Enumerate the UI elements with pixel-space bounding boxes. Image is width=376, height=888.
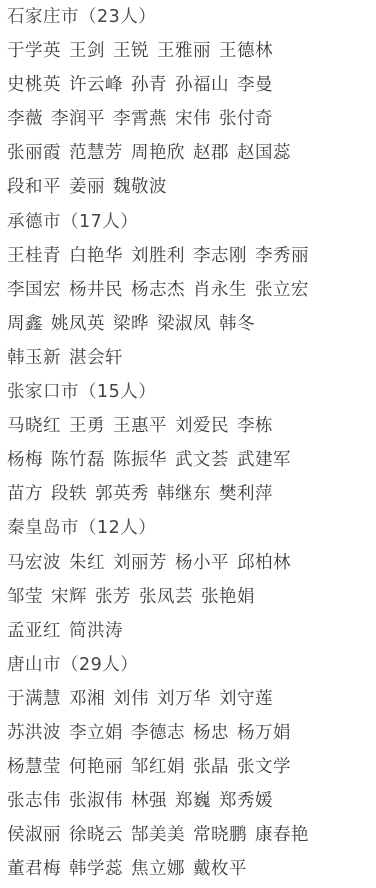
person-name: 王惠平 (113, 416, 167, 436)
person-name: 常晓鹏 (193, 825, 247, 845)
name-row: 马晓红王勇王惠平刘爱民李栋 (7, 409, 376, 443)
person-name: 杨万娟 (237, 723, 291, 743)
person-name: 杨井民 (69, 280, 123, 300)
name-row: 于满慧邓湘刘伟刘万华刘守莲 (7, 682, 376, 716)
person-name: 于满慧 (7, 689, 61, 709)
person-name: 武文荟 (175, 450, 229, 470)
name-list-document: 石家庄市（23人）于学英王剑王锐王雅丽王德林史桃英许云峰孙青孙福山李曼李薇李润平… (0, 0, 376, 886)
city-heading: 张家口市（15人） (7, 375, 376, 409)
person-name: 郜美美 (131, 825, 185, 845)
person-name: 陈竹磊 (51, 450, 105, 470)
person-name: 刘爱民 (175, 416, 229, 436)
person-name: 李秀丽 (255, 246, 309, 266)
city-heading: 承德市（17人） (7, 205, 376, 239)
person-name: 张志伟 (7, 791, 61, 811)
name-row: 苏洪波李立娟李德志杨忠杨万娟 (7, 716, 376, 750)
person-name: 杨忠 (193, 723, 229, 743)
person-name: 李德志 (131, 723, 185, 743)
person-name: 韩玉新 (7, 348, 61, 368)
person-name: 魏敬波 (113, 177, 167, 197)
person-name: 张淑伟 (69, 791, 123, 811)
city-heading: 唐山市（29人） (7, 648, 376, 682)
person-name: 李曼 (237, 75, 273, 95)
person-name: 郑秀媛 (219, 791, 273, 811)
name-row: 韩玉新湛会轩 (7, 341, 376, 375)
person-name: 张丽霞 (7, 143, 61, 163)
person-name: 于学英 (7, 41, 61, 61)
name-row: 史桃英许云峰孙青孙福山李曼 (7, 68, 376, 102)
person-name: 何艳丽 (69, 757, 123, 777)
person-name: 段轶 (51, 484, 87, 504)
person-name: 陈振华 (113, 450, 167, 470)
name-row: 董君梅韩学蕊焦立娜戴枚平 (7, 852, 376, 886)
person-name: 刘胜利 (131, 246, 185, 266)
person-name: 许云峰 (69, 75, 123, 95)
person-name: 韩冬 (219, 314, 255, 334)
person-name: 张艳娟 (201, 587, 255, 607)
person-name: 武建军 (237, 450, 291, 470)
person-name: 孙福山 (175, 75, 229, 95)
person-name: 李薇 (7, 109, 43, 129)
person-name: 林强 (131, 791, 167, 811)
name-row: 马宏波朱红刘丽芳杨小平邱柏林 (7, 546, 376, 580)
name-row: 苗方段轶郭英秀韩继东樊利萍 (7, 477, 376, 511)
person-name: 张芳 (95, 587, 131, 607)
person-name: 戴枚平 (193, 859, 247, 879)
city-heading: 石家庄市（23人） (7, 0, 376, 34)
person-name: 简洪涛 (69, 621, 123, 641)
name-row: 李国宏杨井民杨志杰肖永生张立宏 (7, 273, 376, 307)
name-row: 李薇李润平李霄燕宋伟张付奇 (7, 102, 376, 136)
person-name: 张文学 (237, 757, 291, 777)
person-name: 李立娟 (69, 723, 123, 743)
person-name: 张晶 (193, 757, 229, 777)
name-row: 侯淑丽徐晓云郜美美常晓鹏康春艳 (7, 818, 376, 852)
person-name: 邱柏林 (237, 553, 291, 573)
person-name: 姚凤英 (51, 314, 105, 334)
person-name: 史桃英 (7, 75, 61, 95)
person-name: 马晓红 (7, 416, 61, 436)
person-name: 张付奇 (219, 109, 273, 129)
person-name: 樊利萍 (219, 484, 273, 504)
person-name: 张立宏 (255, 280, 309, 300)
person-name: 梁淑凤 (157, 314, 211, 334)
person-name: 杨小平 (175, 553, 229, 573)
person-name: 刘伟 (113, 689, 149, 709)
person-name: 宋辉 (51, 587, 87, 607)
person-name: 范慧芳 (69, 143, 123, 163)
person-name: 苗方 (7, 484, 43, 504)
person-name: 焦立娜 (131, 859, 185, 879)
person-name: 李国宏 (7, 280, 61, 300)
person-name: 梁晔 (113, 314, 149, 334)
name-row: 杨慧莹何艳丽邹红娟张晶张文学 (7, 750, 376, 784)
person-name: 李霄燕 (113, 109, 167, 129)
person-name: 张凤芸 (139, 587, 193, 607)
person-name: 王剑 (69, 41, 105, 61)
name-row: 周鑫姚凤英梁晔梁淑凤韩冬 (7, 307, 376, 341)
person-name: 侯淑丽 (7, 825, 61, 845)
person-name: 董君梅 (7, 859, 61, 879)
person-name: 孙青 (131, 75, 167, 95)
person-name: 周艳欣 (131, 143, 185, 163)
person-name: 刘万华 (157, 689, 211, 709)
person-name: 郭英秀 (95, 484, 149, 504)
person-name: 周鑫 (7, 314, 43, 334)
person-name: 邓湘 (69, 689, 105, 709)
person-name: 王锐 (113, 41, 149, 61)
person-name: 赵国蕊 (237, 143, 291, 163)
name-row: 王桂青白艳华刘胜利李志刚李秀丽 (7, 239, 376, 273)
person-name: 徐晓云 (69, 825, 123, 845)
name-row: 孟亚红简洪涛 (7, 614, 376, 648)
person-name: 王德林 (219, 41, 273, 61)
person-name: 康春艳 (255, 825, 309, 845)
person-name: 杨慧莹 (7, 757, 61, 777)
person-name: 马宏波 (7, 553, 61, 573)
person-name: 杨梅 (7, 450, 43, 470)
name-row: 杨梅陈竹磊陈振华武文荟武建军 (7, 443, 376, 477)
name-row: 邹莹宋辉张芳张凤芸张艳娟 (7, 580, 376, 614)
person-name: 苏洪波 (7, 723, 61, 743)
city-heading: 秦皇岛市（12人） (7, 511, 376, 545)
person-name: 姜丽 (69, 177, 105, 197)
person-name: 王勇 (69, 416, 105, 436)
person-name: 段和平 (7, 177, 61, 197)
person-name: 李润平 (51, 109, 105, 129)
person-name: 郑巍 (175, 791, 211, 811)
person-name: 王桂青 (7, 246, 61, 266)
person-name: 王雅丽 (157, 41, 211, 61)
person-name: 孟亚红 (7, 621, 61, 641)
person-name: 刘丽芳 (113, 553, 167, 573)
name-row: 段和平姜丽魏敬波 (7, 170, 376, 204)
person-name: 韩继东 (157, 484, 211, 504)
person-name: 李栋 (237, 416, 273, 436)
person-name: 宋伟 (175, 109, 211, 129)
person-name: 湛会轩 (69, 348, 123, 368)
person-name: 刘守莲 (219, 689, 273, 709)
person-name: 赵郡 (193, 143, 229, 163)
person-name: 邹红娟 (131, 757, 185, 777)
name-row: 于学英王剑王锐王雅丽王德林 (7, 34, 376, 68)
person-name: 韩学蕊 (69, 859, 123, 879)
person-name: 邹莹 (7, 587, 43, 607)
person-name: 肖永生 (193, 280, 247, 300)
name-row: 张丽霞范慧芳周艳欣赵郡赵国蕊 (7, 136, 376, 170)
person-name: 杨志杰 (131, 280, 185, 300)
person-name: 李志刚 (193, 246, 247, 266)
name-row: 张志伟张淑伟林强郑巍郑秀媛 (7, 784, 376, 818)
person-name: 朱红 (69, 553, 105, 573)
person-name: 白艳华 (69, 246, 123, 266)
